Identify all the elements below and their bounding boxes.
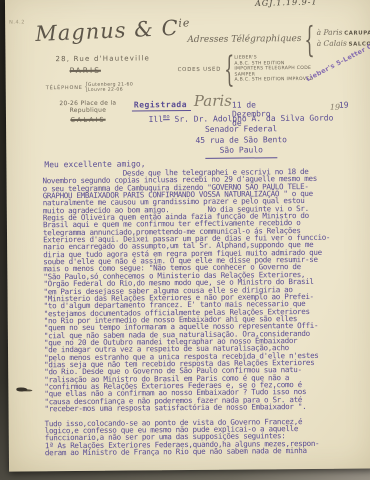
recipient-name-text: Sr. Dr. Adolpho A. da Silva Gordo xyxy=(170,113,334,123)
city-printed: Paris xyxy=(194,92,232,110)
telegraph-city-script: à Paris xyxy=(317,28,343,37)
recipient-block: Illmo Sr. Dr. Adolpho A. da Silva Gordo … xyxy=(136,111,346,159)
company-name-main: Magnus & C xyxy=(35,16,179,46)
codes-used-block: CODES USED { LIEBER'SA.B.C. 5TH EDITIONI… xyxy=(177,55,313,84)
telegraph-code: CARUPANO - PARIS xyxy=(344,30,370,37)
company-name: Magnus & Cie xyxy=(35,15,191,46)
telegraph-label: Adresses Télégraphiques xyxy=(187,34,301,45)
telegraph-city-script: à Calais xyxy=(317,39,347,48)
brace-glyph: { xyxy=(85,82,88,95)
recipient-city-wrap: São Paulo xyxy=(136,145,346,159)
codes-used-label: CODES USED xyxy=(178,67,222,73)
branch-city-struck: CALAIS xyxy=(70,116,105,124)
telephone-label: TÉLÉPHONE xyxy=(46,85,83,91)
pencil-mark: N.4.2 xyxy=(9,19,25,25)
telegraph-address-paris: à Paris CARUPANO - PARIS xyxy=(317,27,370,39)
telephone-numbers: Gutenberg 21-60Louvre 22-06 xyxy=(88,82,133,93)
code-entry: A.B.C. 5TH EDITION IMPROVED xyxy=(234,77,313,83)
brace-glyph: { xyxy=(224,49,235,91)
telegraph-address-block: Adresses Télégraphiques { à Paris CARUPA… xyxy=(187,27,370,51)
brace-glyph: { xyxy=(304,18,315,60)
letter-body: Desde que lhe telegraphei e escrivi no 1… xyxy=(42,167,364,456)
recipient-honorific: Ill xyxy=(149,115,164,124)
telephone-number: Louvre 22-06 xyxy=(88,88,133,94)
year-typed: 19 xyxy=(339,101,349,110)
ink-blot xyxy=(16,387,27,391)
company-name-suffix: ie xyxy=(178,16,191,30)
codes-list: LIEBER'SA.B.C. 5TH EDITIONIMPORTERS TELE… xyxy=(234,55,313,84)
registered-label: Registrada xyxy=(132,100,191,112)
archival-reference-handwritten: AGJ.1.19.9-1 xyxy=(255,0,318,8)
recipient-city: São Paulo xyxy=(206,145,277,158)
typed-line: deram ao Ministro de França no Rio que n… xyxy=(45,447,365,457)
telephone-block: TÉLÉPHONE { Gutenberg 21-60Louvre 22-06 xyxy=(46,82,134,94)
company-address: 28, Rue d'Hauteville xyxy=(55,54,150,63)
letter-scan-paper: AGJ.1.19.9-1 N.4.2 Magnus & Cie 28, Rue … xyxy=(5,0,370,472)
code-entry: IMPORTERS TELEGRAPH CODE xyxy=(234,66,313,72)
company-city-struck: PARIS xyxy=(70,66,101,75)
recipient-name: Illmo Sr. Dr. Adolpho A. da Silva Gordo xyxy=(136,111,346,126)
branch-address-block: 20-26 Place de la Republique CALAIS xyxy=(42,99,134,124)
branch-address: 20-26 Place de la Republique xyxy=(42,99,134,114)
